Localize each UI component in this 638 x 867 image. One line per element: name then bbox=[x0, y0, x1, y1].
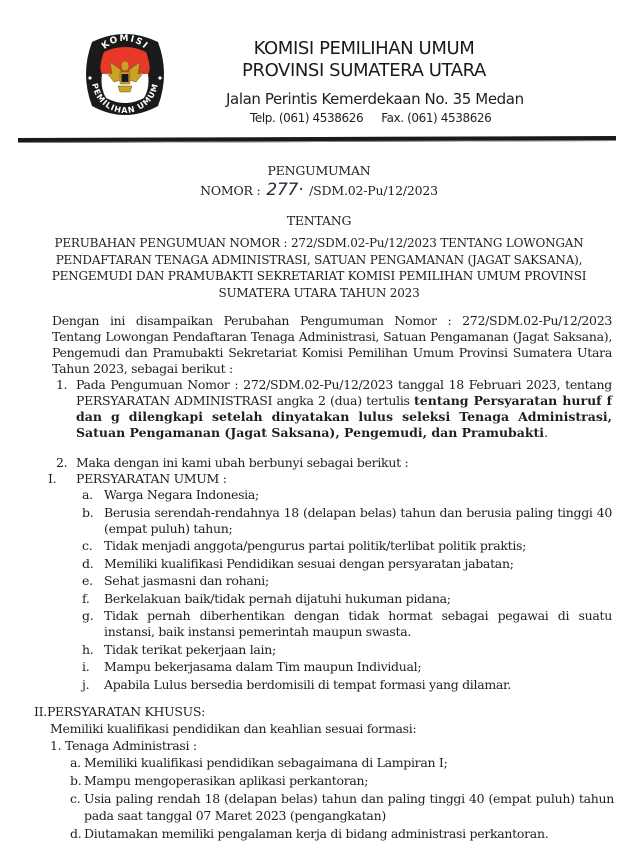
list-item-label: h. bbox=[82, 642, 93, 658]
list-item: d.Memiliki kualifikasi Pendidikan sesuai… bbox=[82, 556, 612, 572]
org-name: KOMISI PEMILIHAN UMUM bbox=[234, 38, 494, 60]
nomor-label: NOMOR : bbox=[200, 183, 260, 198]
section-title: II.PERSYARATAN KHUSUS: bbox=[34, 703, 614, 720]
list-item-text: Mampu mengoperasikan aplikasi perkantora… bbox=[84, 773, 368, 788]
point-2: 2. Maka dengan ini kami ubah berbunyi se… bbox=[52, 455, 612, 471]
letterhead: KOMISI PEMILIHAN UMUM KOMISI PEMILIHAN U… bbox=[0, 0, 638, 160]
org-phone: Telp. (061) 4538626 bbox=[250, 111, 363, 125]
section-title: PERSYARATAN UMUM : bbox=[76, 471, 227, 486]
point-text-end: . bbox=[544, 425, 548, 440]
nomor-suffix: /SDM.02-Pu/12/2023 bbox=[309, 183, 438, 198]
list-item-text: Tidak menjadi anggota/pengurus partai po… bbox=[104, 538, 526, 553]
document-subject: PERUBAHAN PENGUMUAN NOMOR : 272/SDM.02-P… bbox=[0, 235, 638, 301]
point-1: 1. Pada Pengumuan Nomor : 272/SDM.02-Pu/… bbox=[52, 377, 612, 441]
org-fax: Fax. (061) 4538626 bbox=[381, 111, 491, 125]
list-item-text: Berkelakuan baik/tidak pernah dijatuhi h… bbox=[104, 591, 451, 606]
list-item-text: Memiliki kualifikasi Pendidikan sesuai d… bbox=[104, 556, 514, 571]
list-item-text: Tidak terikat pekerjaan lain; bbox=[104, 642, 276, 657]
list-item-text: Mampu bekerjasama dalam Tim maupun Indiv… bbox=[104, 659, 421, 674]
list-item: c.Usia paling rendah 18 (delapan belas) … bbox=[70, 790, 614, 824]
org-contact: Telp. (061) 4538626Fax. (061) 4538626 bbox=[250, 111, 524, 125]
list-item-text: Sehat jasmasni dan rohani; bbox=[104, 573, 269, 588]
list-item: i.Mampu bekerjasama dalam Tim maupun Ind… bbox=[82, 659, 612, 675]
list-item: h.Tidak terikat pekerjaan lain; bbox=[82, 642, 612, 658]
org-address: Jalan Perintis Kemerdekaan No. 35 Medan bbox=[226, 90, 524, 108]
point-number: 2. bbox=[56, 455, 67, 471]
subsection-title: 1. Tenaga Administrasi : bbox=[50, 737, 614, 754]
list-item: d.Diutamakan memiliki pengalaman kerja d… bbox=[70, 825, 614, 842]
document-number: NOMOR : 277· /SDM.02-Pu/12/2023 bbox=[0, 180, 638, 200]
org-province: PROVINSI SUMATERA UTARA bbox=[234, 60, 494, 82]
tentang-label: TENTANG bbox=[0, 213, 638, 228]
list-item-label: d. bbox=[70, 825, 81, 842]
letterhead-text: KOMISI PEMILIHAN UMUM PROVINSI SUMATERA … bbox=[226, 38, 524, 125]
document-body: Dengan ini disampaikan Perubahan Pengumu… bbox=[52, 313, 612, 693]
list-item-label: i. bbox=[82, 659, 89, 675]
section-persyaratan-umum: I. PERSYARATAN UMUM : bbox=[52, 471, 612, 487]
list-item-text: Warga Negara Indonesia; bbox=[104, 487, 259, 502]
persyaratan-umum-list: a.Warga Negara Indonesia;b.Berusia seren… bbox=[82, 487, 612, 693]
list-item: e.Sehat jasmasni dan rohani; bbox=[82, 573, 612, 589]
list-item: f.Berkelakuan baik/tidak pernah dijatuhi… bbox=[82, 591, 612, 607]
section-number: I. bbox=[48, 471, 56, 487]
list-item-label: a. bbox=[70, 754, 81, 771]
list-item-label: j. bbox=[82, 677, 89, 693]
nomor-handwritten: 277· bbox=[266, 180, 303, 200]
list-item-label: c. bbox=[82, 538, 92, 554]
list-item-label: a. bbox=[82, 487, 93, 503]
list-item-text: Memiliki kualifikasi pendidikan sebagaim… bbox=[84, 755, 447, 770]
list-item-text: Apabila Lulus bersedia berdomisili di te… bbox=[104, 677, 511, 692]
list-item: j.Apabila Lulus bersedia berdomisili di … bbox=[82, 677, 612, 693]
intro-paragraph: Dengan ini disampaikan Perubahan Pengumu… bbox=[52, 313, 612, 377]
list-item-text: Berusia serendah-rendahnya 18 (delapan b… bbox=[104, 505, 612, 536]
list-item-text: Tidak pernah diberhentikan dengan tidak … bbox=[104, 608, 612, 639]
kpu-logo-icon: KOMISI PEMILIHAN UMUM bbox=[82, 28, 168, 120]
point-number: 1. bbox=[56, 377, 67, 393]
list-item-label: d. bbox=[82, 556, 93, 572]
list-item: a.Warga Negara Indonesia; bbox=[82, 487, 612, 503]
list-item-label: b. bbox=[70, 772, 81, 789]
list-item-label: g. bbox=[82, 608, 93, 624]
list-item-label: c. bbox=[70, 790, 80, 807]
point-text: Maka dengan ini kami ubah berbunyi sebag… bbox=[76, 455, 408, 470]
persyaratan-khusus-list: a.Memiliki kualifikasi pendidikan sebaga… bbox=[70, 754, 614, 842]
list-item-label: b. bbox=[82, 505, 93, 521]
list-item-label: e. bbox=[82, 573, 93, 589]
list-item: c.Tidak menjadi anggota/pengurus partai … bbox=[82, 538, 612, 554]
letterhead-divider bbox=[18, 136, 616, 143]
list-item: g.Tidak pernah diberhentikan dengan tida… bbox=[82, 608, 612, 640]
section-intro: Memiliki kualifikasi pendidikan dan keah… bbox=[50, 720, 614, 737]
list-item-label: f. bbox=[82, 591, 90, 607]
section-persyaratan-khusus: II.PERSYARATAN KHUSUS: Memiliki kualifik… bbox=[34, 703, 614, 842]
list-item-text: Usia paling rendah 18 (delapan belas) ta… bbox=[84, 791, 614, 823]
document-title: PENGUMUMAN bbox=[0, 163, 638, 178]
list-item: a.Memiliki kualifikasi pendidikan sebaga… bbox=[70, 754, 614, 771]
list-item-text: Diutamakan memiliki pengalaman kerja di … bbox=[84, 826, 548, 841]
list-item: b.Berusia serendah-rendahnya 18 (delapan… bbox=[82, 505, 612, 537]
list-item: b.Mampu mengoperasikan aplikasi perkanto… bbox=[70, 772, 614, 789]
